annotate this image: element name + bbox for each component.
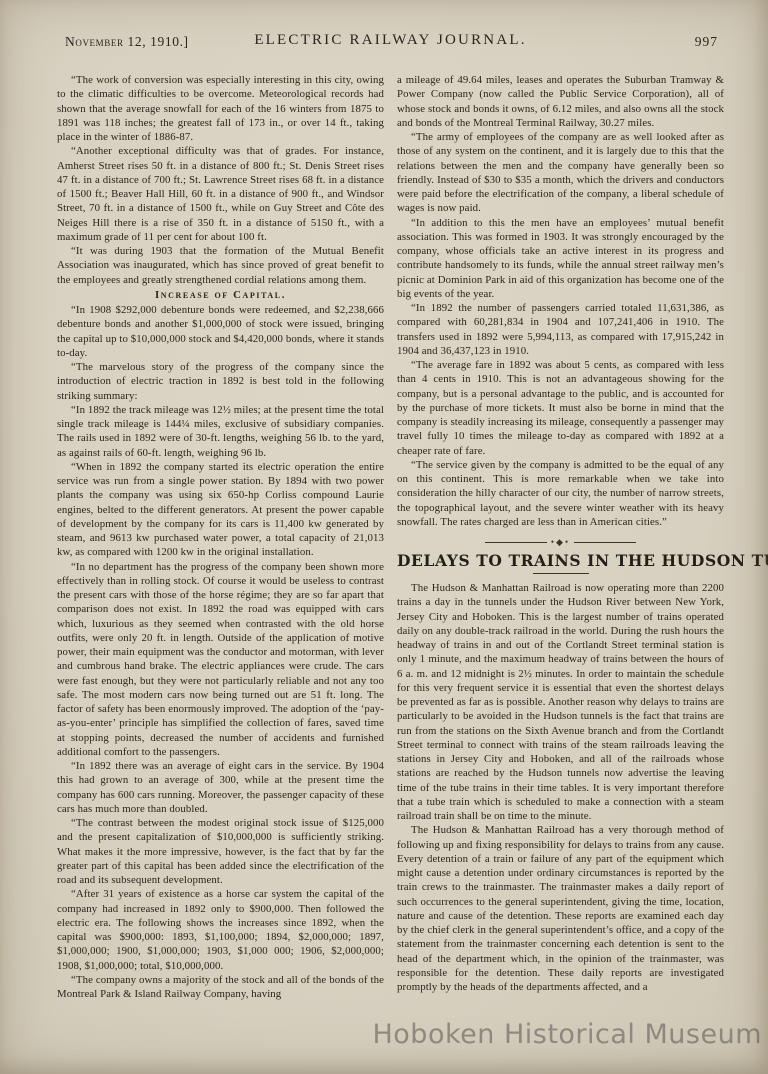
paragraph: “When in 1892 the company started its el… — [57, 460, 384, 560]
paragraph: “The army of employees of the company ar… — [397, 130, 724, 216]
running-head: November 12, 1910.] ELECTRIC RAILWAY JOU… — [57, 30, 724, 56]
paragraph: “In 1892 the number of passengers carrie… — [397, 301, 724, 358]
section-subheading: Increase of Capital. — [57, 288, 384, 302]
divider-line — [485, 542, 547, 543]
paragraph: “The contrast between the modest origina… — [57, 816, 384, 887]
paragraph: “The company owns a majority of the stoc… — [57, 973, 384, 1002]
paragraph: “In 1892 there was an average of eight c… — [57, 759, 384, 816]
divider-line — [574, 542, 636, 543]
paragraph: “In no department has the progress of th… — [57, 560, 384, 760]
two-column-body: “The work of conversion was especially i… — [57, 73, 724, 1001]
article-header-block: •◆• DELAYS TO TRAINS IN THE HUDSON TUNNE… — [397, 537, 724, 574]
journal-title: ELECTRIC RAILWAY JOURNAL. — [57, 32, 724, 49]
paragraph: “The service given by the company is adm… — [397, 458, 724, 529]
paragraph: “Another exceptional difficulty was that… — [57, 144, 384, 244]
left-column: “The work of conversion was especially i… — [57, 73, 384, 1001]
diamond-dot-divider-icon: •◆• — [397, 537, 724, 547]
paragraph: The Hudson & Manhattan Railroad has a ve… — [397, 823, 724, 994]
page-number: 997 — [695, 34, 718, 50]
paragraph: “The work of conversion was especially i… — [57, 73, 384, 144]
paragraph: “It was during 1903 that the formation o… — [57, 244, 384, 287]
paragraph: The Hudson & Manhattan Railroad is now o… — [397, 581, 724, 823]
paragraph: “The average fare in 1892 was about 5 ce… — [397, 358, 724, 458]
right-column: a mileage of 49.64 miles, leases and ope… — [397, 73, 724, 1001]
paragraph: “In 1908 $292,000 debenture bonds were r… — [57, 303, 384, 360]
paragraph: “The marvelous story of the progress of … — [57, 360, 384, 403]
journal-page: November 12, 1910.] ELECTRIC RAILWAY JOU… — [57, 30, 724, 1001]
paragraph: “After 31 years of existence as a horse … — [57, 887, 384, 973]
article-title: DELAYS TO TRAINS IN THE HUDSON TUNNELS — [397, 551, 724, 570]
watermark-text: Hoboken Historical Museum — [372, 1019, 762, 1050]
paragraph: “In 1892 the track mileage was 12½ miles… — [57, 403, 384, 460]
paragraph: “In addition to this the men have an emp… — [397, 216, 724, 302]
diamond-dot-glyph: •◆• — [547, 538, 574, 547]
paragraph-continuation: a mileage of 49.64 miles, leases and ope… — [397, 73, 724, 130]
title-underline-rule — [533, 573, 589, 574]
